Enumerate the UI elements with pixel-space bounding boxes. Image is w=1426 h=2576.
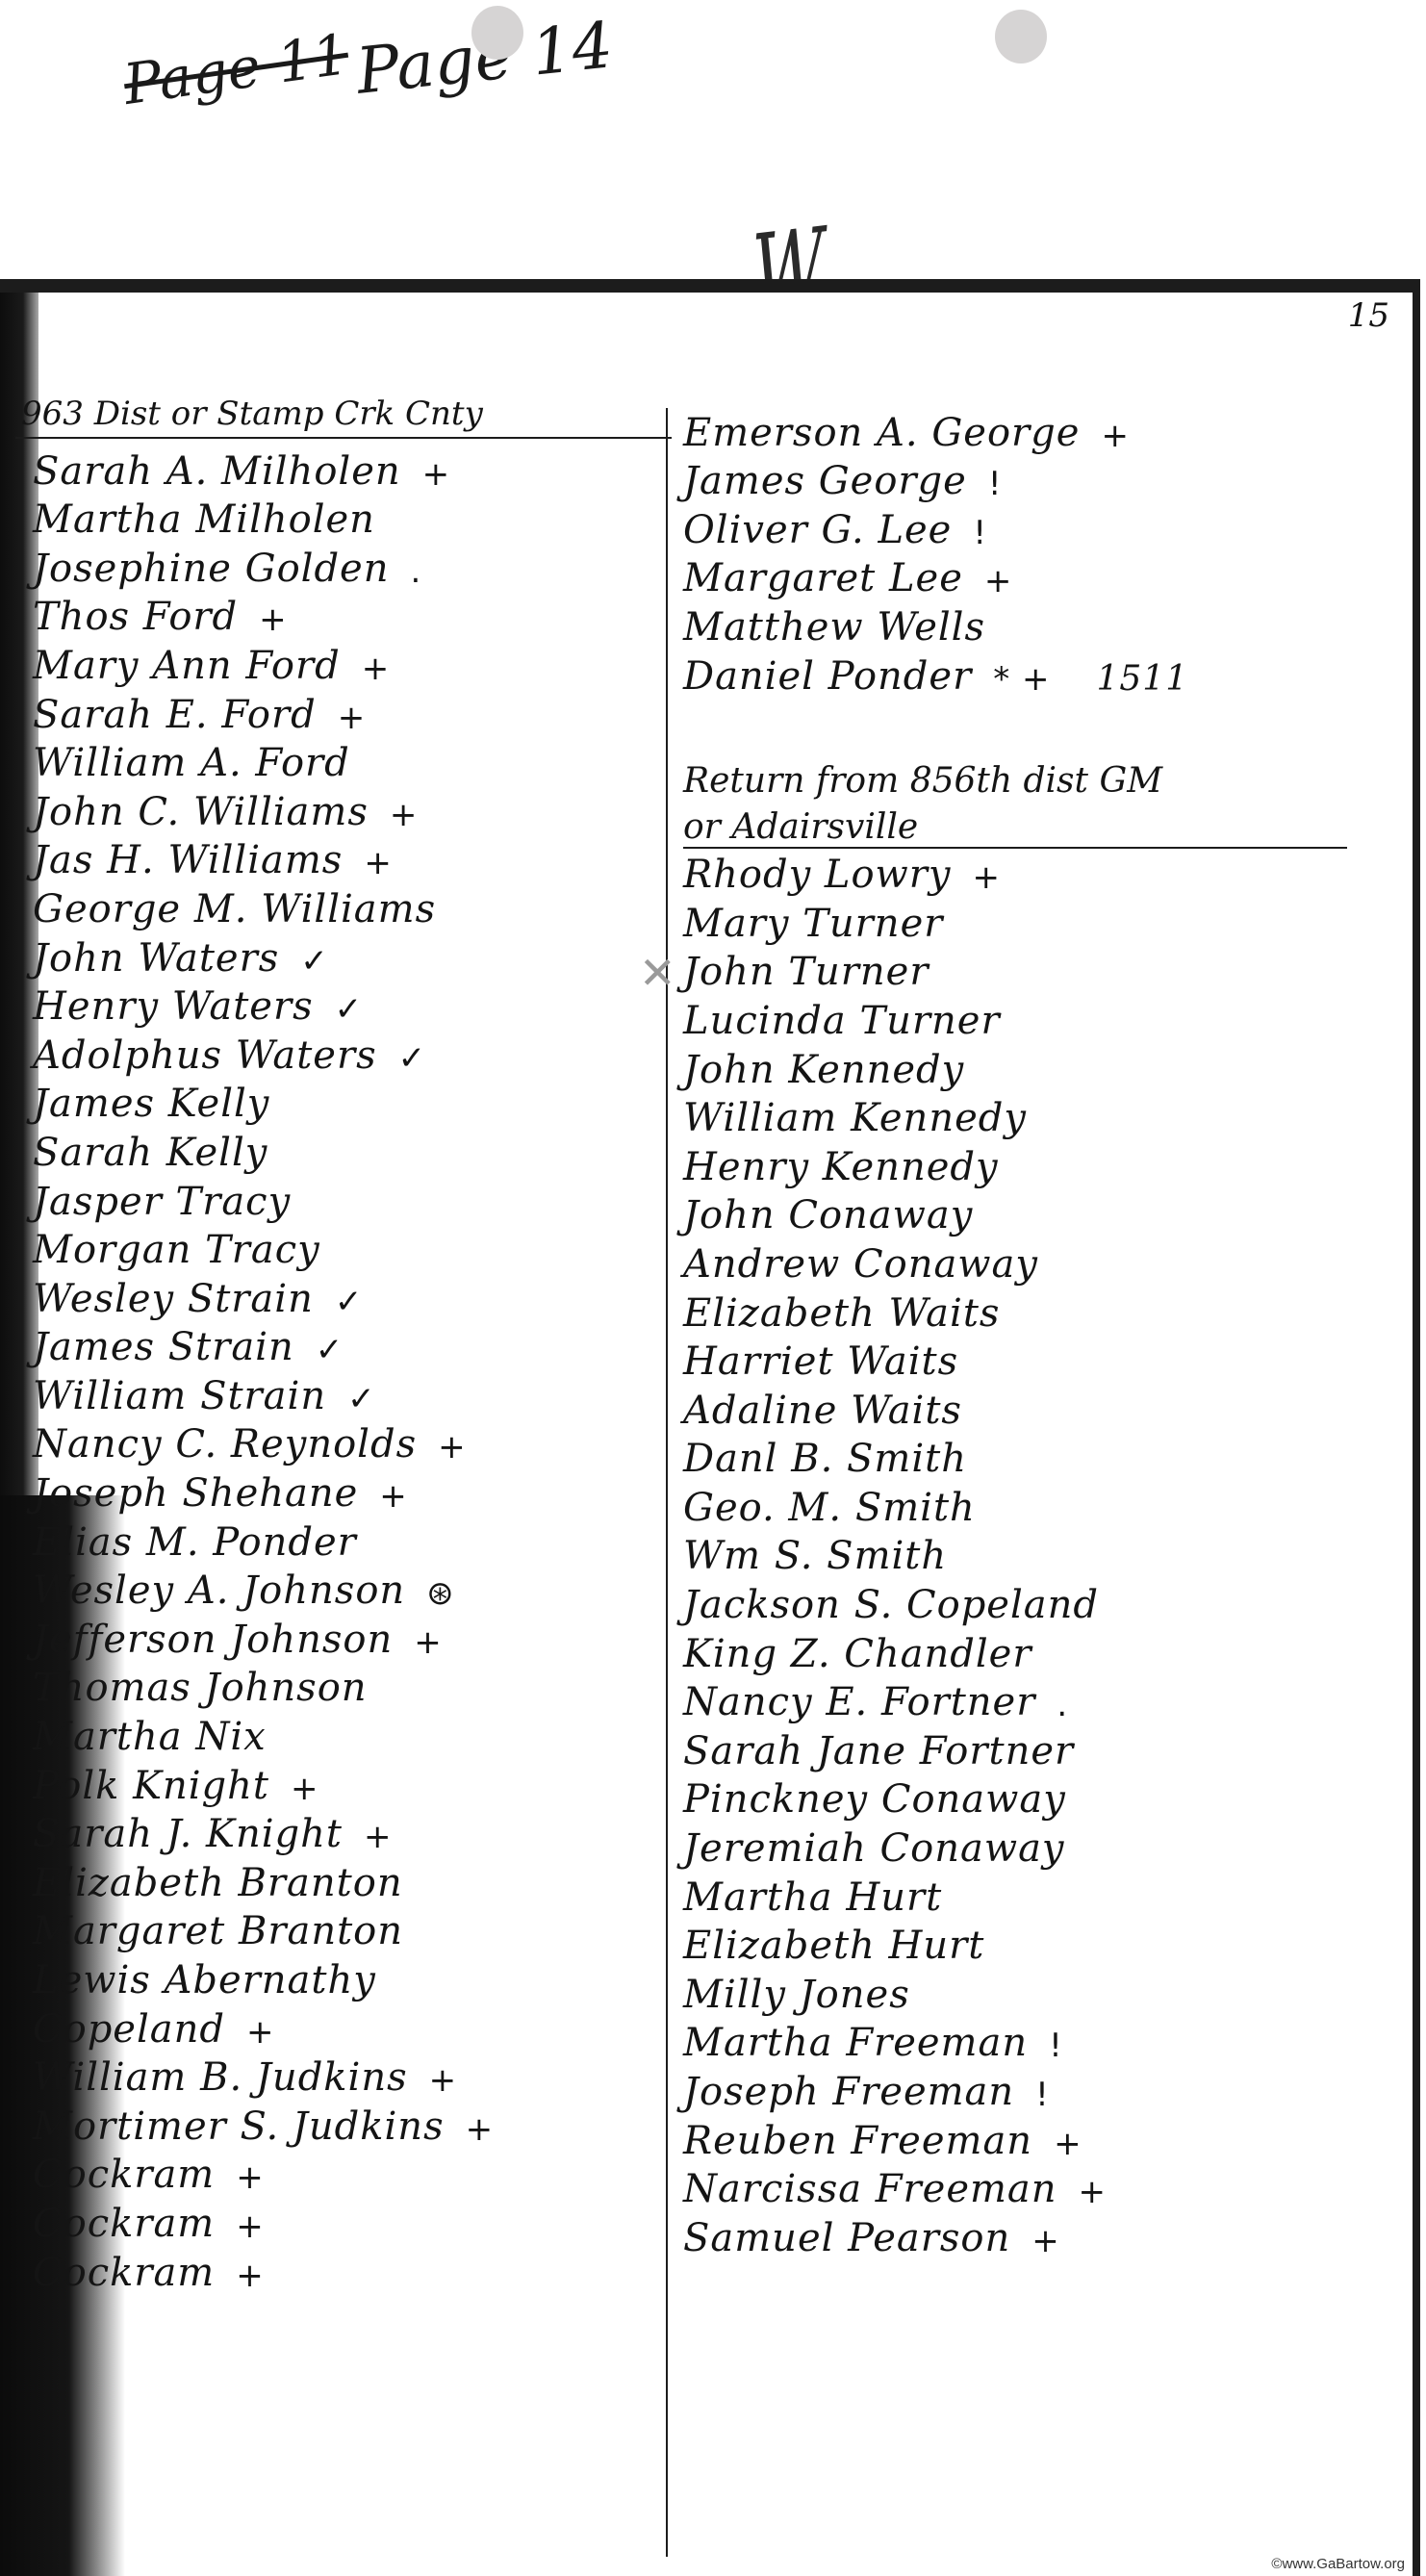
entry-mark-icon: + (422, 455, 451, 494)
name-entry: Danl B. Smith (683, 1433, 1357, 1482)
name-entry: Rhody Lowry+ (683, 849, 1357, 898)
entry-name: Cockram (33, 2153, 215, 2197)
name-entry: Jefferson Johnson+ (33, 1613, 658, 1662)
name-entry: James George! (683, 455, 1357, 504)
entry-mark-icon: + (236, 2158, 265, 2197)
entry-mark-icon: ✓ (398, 1039, 427, 1078)
name-entry: Joseph Freeman! (683, 2065, 1357, 2114)
entry-name: Danl B. Smith (683, 1437, 967, 1481)
name-entry: Sarah E. Ford+ (33, 688, 658, 737)
spacer (683, 699, 1357, 752)
entry-name: Mary Ann Ford (33, 644, 341, 688)
entry-mark-icon: + (1079, 2173, 1108, 2211)
entry-mark-icon: ✓ (347, 1380, 376, 1418)
watermark: ©www.GaBartow.org (1271, 2556, 1405, 2572)
entry-name: Nancy C. Reynolds (33, 1422, 417, 1467)
entry-mark-icon: + (364, 1818, 393, 1856)
entry-name: Thos Ford (33, 595, 238, 639)
entry-mark-icon: ! (1035, 2076, 1050, 2114)
name-entry: James Kelly (33, 1078, 658, 1127)
entry-name: William B. Judkins (33, 2055, 408, 2100)
entry-mark-icon: ! (988, 465, 1003, 503)
entry-name: Sarah A. Milholen (33, 449, 401, 494)
entry-mark-icon: ✓ (335, 1283, 364, 1321)
entry-name: William Strain (33, 1374, 326, 1418)
name-entry: John Turner (683, 946, 1357, 995)
entry-mark-icon: + (984, 562, 1013, 600)
entry-mark-icon: ✓ (316, 1331, 344, 1369)
entry-name: Jasper Tracy (33, 1180, 291, 1224)
section-subtitle: or Adairsville (683, 801, 1347, 849)
right-column: Emerson A. George+James George!Oliver G.… (683, 406, 1357, 2260)
sheet-number: 15 (1348, 296, 1389, 335)
name-entry: Jackson S. Copeland (683, 1578, 1357, 1627)
entry-mark-icon: + (429, 2061, 458, 2100)
entry-name: Jefferson Johnson (33, 1618, 393, 1662)
entry-name: King Z. Chandler (683, 1632, 1031, 1676)
entry-name: Jas H. Williams (33, 838, 343, 882)
name-entry: James Strain✓ (33, 1321, 658, 1370)
entry-name: Geo. M. Smith (683, 1486, 976, 1530)
name-entry: William Kennedy (683, 1092, 1357, 1141)
name-entry: Pinckney Conaway (683, 1773, 1357, 1823)
left-column-header: 963 Dist or Stamp Crk Cnty (21, 395, 483, 433)
entry-mark-icon: ✓ (300, 942, 329, 981)
name-entry: Lewis Abernathy (33, 1953, 658, 2002)
entry-name: John Turner (683, 950, 929, 994)
entry-mark-icon: + (438, 1428, 467, 1467)
entry-name: Martha Hurt (683, 1875, 942, 1920)
name-entry: Joseph Shehane+ (33, 1467, 658, 1516)
name-entry: John Conaway (683, 1189, 1357, 1238)
name-entry: Martha Freeman! (683, 2017, 1357, 2066)
name-entry: Jas H. Williams+ (33, 834, 658, 883)
entry-mark-icon: ! (1049, 2027, 1063, 2065)
name-entry: Morgan Tracy (33, 1224, 658, 1273)
name-entry: Samuel Pearson+ (683, 2211, 1357, 2260)
name-entry: Martha Nix (33, 1710, 658, 1759)
name-entry: Geo. M. Smith (683, 1481, 1357, 1530)
name-entry: Henry Waters✓ (33, 981, 658, 1030)
name-entry: George M. Williams (33, 882, 658, 931)
name-entry: Andrew Conaway (683, 1237, 1357, 1287)
entry-name: Elizabeth Branton (33, 1861, 403, 1905)
entry-name: Mary Turner (683, 902, 943, 946)
entry-name: John Waters (33, 936, 279, 981)
entry-name: Thomas Johnson (33, 1666, 368, 1710)
entry-name: Harriet Waits (683, 1339, 958, 1384)
entry-name: Josephine Golden (33, 547, 390, 591)
entry-mark-icon: + (246, 2013, 275, 2052)
entry-name: Sarah Jane Fortner (683, 1729, 1074, 1773)
name-entry: Martha Hurt (683, 1871, 1357, 1920)
name-entry: Josephine Golden. (33, 542, 658, 591)
entry-name: John C. Williams (33, 790, 369, 834)
name-entry: Cockram+ (33, 2149, 658, 2198)
entry-name: Joseph Shehane (33, 1471, 358, 1516)
name-entry: Copeland+ (33, 2002, 658, 2052)
entry-name: Sarah Kelly (33, 1131, 267, 1175)
name-entry: Margaret Lee+ (683, 552, 1357, 601)
name-entry: Cockram+ (33, 2197, 658, 2246)
entry-name: Narcissa Freeman (683, 2167, 1057, 2211)
entry-name: Martha Milholen (33, 497, 375, 542)
entry-name: Andrew Conaway (683, 1242, 1038, 1287)
entry-mark-icon: + (364, 844, 393, 882)
entry-name: Jeremiah Conaway (683, 1826, 1065, 1871)
entry-name: Polk Knight (33, 1764, 269, 1808)
entry-name: James George (683, 459, 967, 503)
left-column: Sarah A. Milholen+Martha MilholenJosephi… (33, 445, 658, 2295)
entry-name: Mortimer S. Judkins (33, 2104, 445, 2149)
column-divider (666, 408, 668, 2557)
entry-mark-icon: + (972, 858, 1001, 897)
name-entry: Adolphus Waters✓ (33, 1029, 658, 1078)
name-entry: John Kennedy (683, 1043, 1357, 1092)
entry-mark-icon: + (1031, 2222, 1060, 2260)
entry-mark-icon: + (259, 600, 288, 639)
name-entry: Wm S. Smith (683, 1530, 1357, 1579)
entry-name: Adolphus Waters (33, 1033, 377, 1078)
entry-mark-icon: + (379, 1477, 408, 1516)
entry-mark-icon: ⊛ (426, 1574, 455, 1613)
entry-name: Cockram (33, 2251, 215, 2295)
entry-name: James Strain (33, 1325, 294, 1369)
entry-name: John Conaway (683, 1193, 973, 1237)
name-entry: Henry Kennedy (683, 1140, 1357, 1189)
entry-mark-icon: + (362, 650, 391, 688)
name-entry: Daniel Ponder* +1511 (683, 650, 1357, 699)
ledger-sheet: 15 963 Dist or Stamp Crk Cnty ✕ Sarah A.… (0, 279, 1420, 2576)
name-entry: Sarah A. Milholen+ (33, 445, 658, 494)
entry-name: Lewis Abernathy (33, 1958, 376, 2002)
entry-name: Elias M. Ponder (33, 1520, 357, 1565)
entry-name: Adaline Waits (683, 1389, 962, 1433)
entry-name: John Kennedy (683, 1048, 964, 1092)
entry-name: Henry Waters (33, 984, 314, 1029)
name-entry: Elizabeth Branton (33, 1856, 658, 1905)
entry-name: Elizabeth Waits (683, 1291, 1000, 1336)
name-entry: Sarah Kelly (33, 1126, 658, 1175)
punch-hole (471, 6, 523, 60)
entry-mark-icon: + (291, 1770, 319, 1808)
name-entry: Mary Ann Ford+ (33, 639, 658, 688)
entry-name: Nancy E. Fortner (683, 1680, 1035, 1724)
entry-mark-icon: + (414, 1623, 443, 1662)
entry-name: Daniel Ponder (683, 654, 972, 699)
entry-name: Martha Freeman (683, 2021, 1028, 2065)
entry-name: Sarah J. Knight (33, 1812, 343, 1856)
entry-name: Copeland (33, 2007, 225, 2052)
entry-name: Matthew Wells (683, 605, 985, 650)
name-entry: Elizabeth Waits (683, 1287, 1357, 1336)
entry-mark-icon: . (411, 552, 422, 591)
entry-name: Sarah E. Ford (33, 693, 317, 737)
name-entry: Nancy E. Fortner. (683, 1676, 1357, 1725)
name-entry: Harriet Waits (683, 1336, 1357, 1385)
entry-name: Margaret Lee (683, 556, 963, 600)
entry-name: Pinckney Conaway (683, 1777, 1066, 1822)
entry-mark-icon: * + (993, 660, 1050, 699)
name-entry: Mortimer S. Judkins+ (33, 2100, 658, 2149)
entry-name: William A. Ford (33, 741, 350, 785)
entry-mark-icon: + (236, 2257, 265, 2295)
name-entry: Jeremiah Conaway (683, 1822, 1357, 1871)
name-entry: William B. Judkins+ (33, 2052, 658, 2101)
entry-mark-icon: + (1054, 2125, 1082, 2163)
entry-name: Jackson S. Copeland (683, 1583, 1099, 1627)
name-entry: Matthew Wells (683, 600, 1357, 650)
entry-mark-icon: + (236, 2207, 265, 2246)
name-entry: John Waters✓ (33, 931, 658, 981)
name-entry: Nancy C. Reynolds+ (33, 1418, 658, 1467)
name-entry: Emerson A. George+ (683, 406, 1357, 455)
entry-name: Elizabeth Hurt (683, 1924, 984, 1968)
entry-name: Wesley A. Johnson (33, 1569, 405, 1613)
entry-name: Wesley Strain (33, 1277, 314, 1321)
struck-page-label: Page 11 (119, 21, 352, 117)
name-entry: John C. Williams+ (33, 785, 658, 834)
name-entry: William A. Ford (33, 737, 658, 786)
entry-name: Joseph Freeman (683, 2070, 1014, 2114)
entry-mark-icon: ! (973, 514, 987, 552)
entry-name: James Kelly (33, 1082, 269, 1126)
entry-name: Rhody Lowry (683, 853, 951, 897)
header-rule (15, 437, 672, 439)
name-entry: Reuben Freeman+ (683, 2114, 1357, 2163)
name-entry: Wesley Strain✓ (33, 1272, 658, 1321)
entry-mark-icon: + (466, 2110, 495, 2149)
entry-mark-icon: + (338, 699, 367, 737)
name-entry: Thomas Johnson (33, 1662, 658, 1711)
name-entry: Jasper Tracy (33, 1175, 658, 1224)
name-entry: Mary Turner (683, 897, 1357, 946)
name-entry: Adaline Waits (683, 1384, 1357, 1433)
entry-mark-icon: ✓ (335, 990, 364, 1029)
name-entry: Martha Milholen (33, 494, 658, 543)
entry-name: Margaret Branton (33, 1909, 403, 1953)
name-entry: Cockram+ (33, 2246, 658, 2295)
name-entry: Thos Ford+ (33, 591, 658, 640)
entry-name: Reuben Freeman (683, 2119, 1032, 2163)
name-entry: Oliver G. Lee! (683, 503, 1357, 552)
name-entry: Narcissa Freeman+ (683, 2163, 1357, 2212)
name-entry: Wesley A. Johnson⊛ (33, 1565, 658, 1614)
section-title: Return from 856th dist GM (683, 752, 1357, 801)
entry-name: William Kennedy (683, 1096, 1027, 1140)
entry-name: Milly Jones (683, 1973, 910, 2017)
entry-name: Henry Kennedy (683, 1145, 999, 1189)
entry-name: Cockram (33, 2202, 215, 2246)
entry-name: Oliver G. Lee (683, 508, 952, 552)
name-entry: Sarah Jane Fortner (683, 1724, 1357, 1773)
entry-mark-icon: + (1101, 417, 1130, 455)
name-entry: Elias M. Ponder (33, 1516, 658, 1565)
name-entry: Elizabeth Hurt (683, 1920, 1357, 1969)
name-entry: William Strain✓ (33, 1369, 658, 1418)
entry-name: George M. Williams (33, 887, 436, 931)
entry-name: Morgan Tracy (33, 1228, 320, 1272)
entry-number: 1511 (1096, 659, 1188, 699)
entry-name: Martha Nix (33, 1715, 267, 1759)
name-entry: Polk Knight+ (33, 1759, 658, 1808)
name-entry: King Z. Chandler (683, 1627, 1357, 1676)
entry-mark-icon: + (390, 796, 419, 834)
name-entry: Milly Jones (683, 1968, 1357, 2017)
name-entry: Sarah J. Knight+ (33, 1808, 658, 1857)
entry-name: Samuel Pearson (683, 2216, 1010, 2260)
entry-name: Wm S. Smith (683, 1534, 947, 1578)
name-entry: Lucinda Turner (683, 994, 1357, 1043)
entry-name: Lucinda Turner (683, 999, 1001, 1043)
name-entry: Margaret Branton (33, 1905, 658, 1954)
entry-mark-icon: . (1057, 1686, 1068, 1724)
entry-name: Emerson A. George (683, 411, 1080, 455)
punch-hole (995, 10, 1047, 64)
